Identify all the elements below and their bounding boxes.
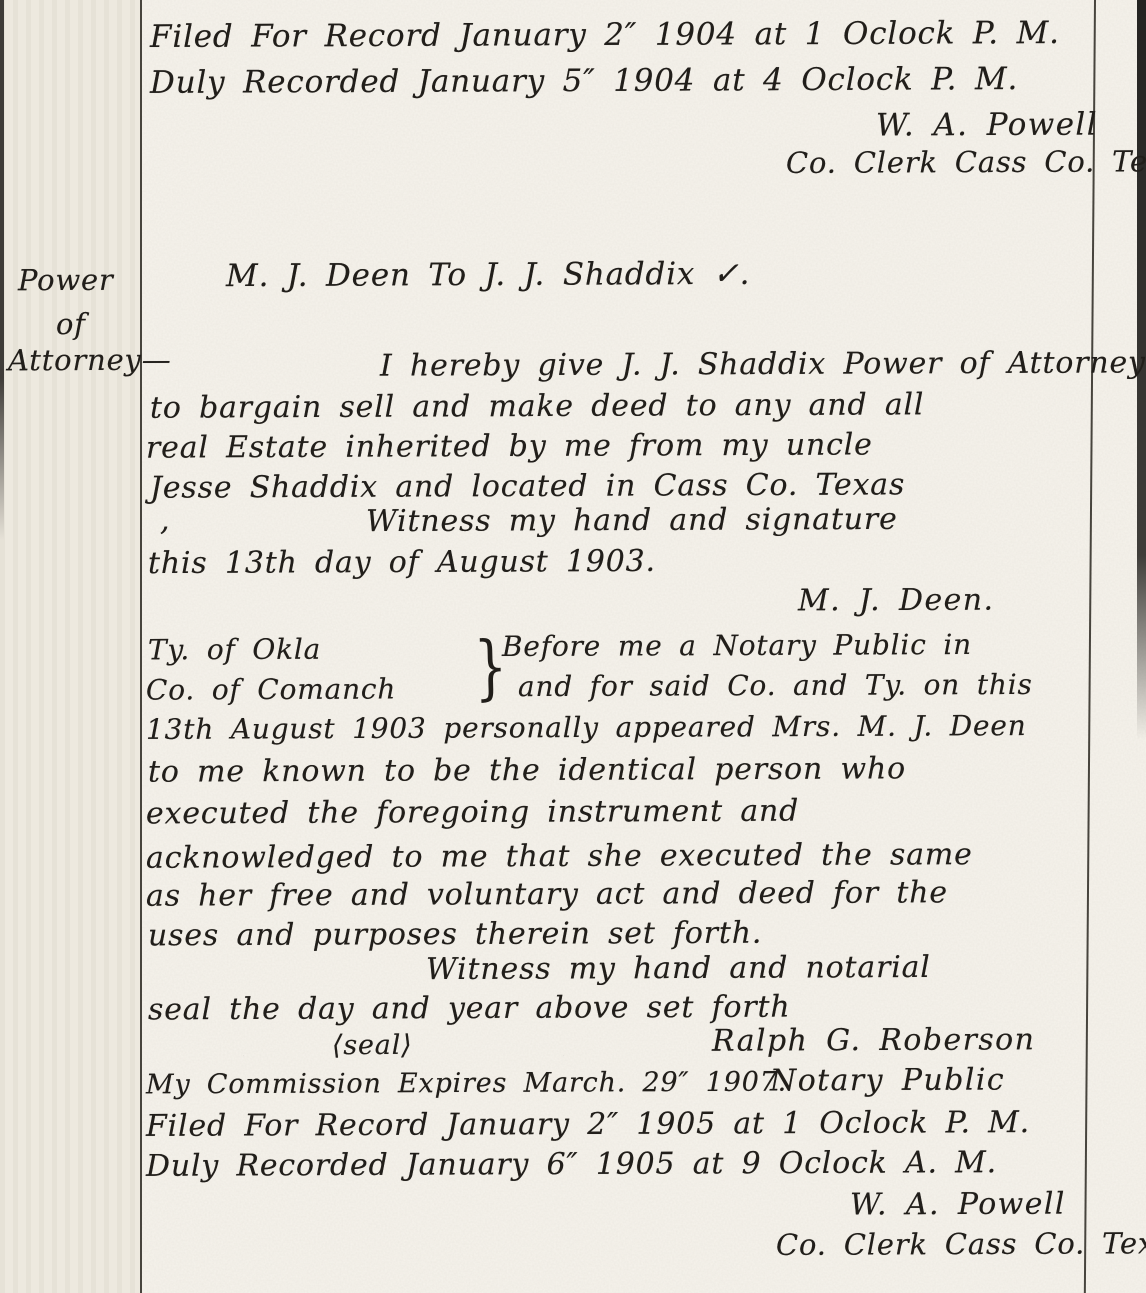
date-line-1903: this 13th day of August 1903.	[148, 547, 656, 579]
body-line-1: I hereby give J. J. Shaddix Power of Att…	[380, 348, 1146, 381]
duly-recorded-1905: Duly Recorded January 6″ 1905 at 9 Ocloc…	[146, 1148, 997, 1182]
body-line-4: Jesse Shaddix and located in Cass Co. Te…	[150, 470, 905, 503]
witness-notarial-line: Witness my hand and notarial	[426, 953, 931, 985]
margin-note-of: of	[56, 310, 86, 339]
voluntary-act-line: as her free and voluntary act and deed f…	[146, 878, 948, 911]
margin-rule-right	[1084, 0, 1096, 1293]
margin-note-power: Power	[18, 266, 114, 295]
margin-rule-left	[140, 0, 142, 1293]
seal-day-year-line: seal the day and year above set forth	[148, 993, 791, 1026]
executed-line: executed the foregoing instrument and	[146, 797, 799, 830]
appeared-line: 13th August 1903 personally appeared Mrs…	[146, 712, 1027, 744]
left-margin-column	[0, 0, 140, 1293]
witness-signature-line: Witness my hand and signature	[366, 505, 898, 537]
scan-edge-left	[0, 0, 4, 540]
body-line-2: to bargain sell and make deed to any and…	[150, 390, 924, 423]
uses-purposes-line: uses and purposes therein set forth.	[148, 919, 762, 952]
acknowledged-line: acknowledged to me that she executed the…	[146, 840, 973, 874]
comma-mark: ,	[160, 506, 170, 536]
clerk-title-1: Co. Clerk Cass Co. Texas.	[786, 147, 1146, 178]
clerk-signature-2: W. A. Powell	[850, 1190, 1066, 1221]
clerk-title-2: Co. Clerk Cass Co. Texas	[776, 1229, 1146, 1260]
seal-mark: ⟨seal⟩	[332, 1032, 413, 1059]
before-me-line: Before me a Notary Public in	[502, 631, 972, 661]
territory-line: Ty. of Okla	[148, 636, 321, 665]
identical-person-line: to me known to be the identical person w…	[148, 754, 906, 787]
notary-public-title: Notary Public	[770, 1065, 1005, 1096]
record-title: M. J. Deen To J. J. Shaddix ✓.	[226, 259, 750, 292]
county-line: Co. of Comanch	[146, 675, 396, 704]
body-line-3: real Estate inherited by me from my uncl…	[146, 430, 873, 463]
filed-for-record-1905: Filed For Record January 2″ 1905 at 1 Oc…	[146, 1108, 1030, 1142]
notary-signature: Ralph G. Roberson	[712, 1025, 1035, 1056]
clerk-signature-1: W. A. Powell	[876, 110, 1098, 142]
and-for-said-line: and for said Co. and Ty. on this	[518, 671, 1033, 701]
commission-expires-line: My Commission Expires March. 29″ 1907.	[146, 1069, 787, 1099]
margin-note-attorney: Attorney—	[8, 346, 172, 376]
notary-brace: }	[473, 632, 508, 704]
filed-for-record-1904: Filed For Record January 2″ 1904 at 1 Oc…	[150, 18, 1060, 53]
scanned-document-page: Filed For Record January 2″ 1904 at 1 Oc…	[0, 0, 1146, 1293]
duly-recorded-1904: Duly Recorded January 5″ 1904 at 4 Ocloc…	[150, 64, 1018, 99]
deen-signature: M. J. Deen.	[798, 586, 995, 617]
